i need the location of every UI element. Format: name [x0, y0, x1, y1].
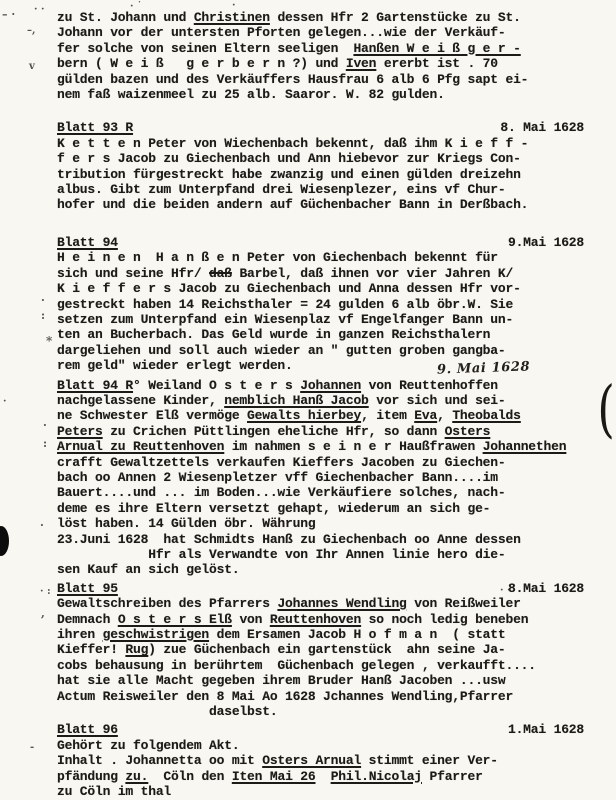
plain-text: Bauert....und ... im Boden...wie Verkäuf…: [57, 485, 505, 500]
plain-text: Actum Reisweiler den 8 Mai Ao 1628 Jchan…: [57, 689, 513, 704]
underlined-text: Peters: [57, 424, 103, 439]
text-line: cobs behausung in berührtem Güchenbach g…: [57, 658, 584, 673]
underlined-text: Reuttenhoven: [270, 612, 361, 627]
handwritten-mark: ·: [232, 0, 235, 11]
blatt-section: zu St. Johann und Christinen dessen Hfr …: [57, 10, 584, 102]
text-line: Peters zu Crichen Püttlingen eheliche Hf…: [57, 424, 584, 439]
handwritten-mark: ·: [43, 419, 47, 432]
handwritten-mark: · ·: [34, 4, 44, 15]
blatt-header: Blatt 949.Mai 1628: [57, 235, 584, 250]
underlined-text: Eva: [414, 408, 437, 423]
plain-text: ne Schwester Elß vermöge: [57, 408, 247, 423]
underlined-text: Iven: [346, 56, 376, 71]
plain-text: Inhalt . Johannetta oo mit: [57, 753, 262, 768]
handwritten-mark: *: [46, 334, 52, 348]
plain-text: von Reuttenhoffen: [361, 378, 498, 393]
text-line: ten an Bucherbach. Das Geld wurde in gan…: [57, 327, 584, 342]
text-line: Demnach O s t e r s Elß von Reuttenhoven…: [57, 612, 584, 627]
blatt-header: Blatt 961.Mai 1628: [57, 722, 584, 737]
text-line: Johann vor der untersten Pforten gelegen…: [57, 25, 584, 40]
plain-text: f e r s Jacob zu Giechenbach und Ann hie…: [57, 151, 521, 166]
blatt-date: 9.Mai 1628: [508, 235, 584, 250]
handwritten-mark: –,: [27, 25, 35, 36]
plain-text: zu Cöln im thal: [57, 784, 171, 799]
blatt-title: Blatt 93 R: [57, 120, 133, 135]
handwritten-mark: v: [29, 61, 35, 72]
underlined-text: Arnual zu Reuttenhoven: [57, 439, 224, 454]
text-line: zu Cöln im thal: [57, 784, 584, 799]
plain-text: [315, 769, 330, 784]
plain-text: bach oo Annen 2 Wiesenpletzer vff Gieche…: [57, 470, 498, 485]
underlined-text: Phil.Nicolaj: [331, 769, 422, 784]
blatt-date: 8. Mai 1628: [500, 120, 584, 135]
underlined-text: Theobalds: [452, 408, 520, 423]
text-line: f e r s Jacob zu Giechenbach und Ann hie…: [57, 151, 584, 166]
text-line: nachgelassene Kinder, nemblich Hanß Jaco…: [57, 393, 584, 408]
plain-text: setzen zum Unterpfand ein Wiesenplaz vf …: [57, 312, 513, 327]
plain-text: albus. Gibt zum Unterpfand drei Wiesenpl…: [57, 182, 505, 197]
plain-text: im nahmen s e i n e r Haußfrawen: [224, 439, 482, 454]
underlined-text: Hanßen W e i ß g e r -: [353, 41, 520, 56]
text-line: 23.Juni 1628 hat Schmidts Hanß zu Gieche…: [57, 532, 584, 547]
handwritten-mark: ·: [40, 519, 44, 532]
blatt-title: Blatt 94: [57, 235, 118, 250]
underlined-text: Johannen: [300, 378, 361, 393]
text-line: Gewaltschreiben des Pfarrers Johannes We…: [57, 596, 584, 611]
plain-text: ihren: [57, 627, 103, 642]
plain-text: Pfarrer: [422, 769, 483, 784]
text-line: löst haben. 14 Gülden öbr. Währung: [57, 516, 584, 531]
plain-text: ° Weiland O s t e r s: [133, 378, 300, 393]
handwritten-mark: :: [43, 437, 47, 450]
handwritten-mark: ·: [3, 396, 6, 407]
text-line: tribution fürgestreckt habe zwanzig und …: [57, 167, 584, 182]
plain-text: Gewaltschreiben des Pfarrers: [57, 596, 277, 611]
plain-text: nem faß waizenmeel zu 25 alb. Saaror. W.…: [57, 87, 445, 102]
blatt-date: 8.Mai 1628: [508, 581, 584, 596]
plain-text: Demnach: [57, 612, 118, 627]
underlined-text: Iten Mai 26: [232, 769, 316, 784]
scanned-document-page: zu St. Johann und Christinen dessen Hfr …: [0, 0, 616, 800]
hole-punch-blob: [0, 526, 9, 556]
plain-text: so noch ledig beneben: [361, 612, 528, 627]
plain-text: sich und seine Hfr/: [57, 266, 209, 281]
text-line: Arnual zu Reuttenhoven im nahmen s e i n…: [57, 439, 584, 454]
underlined-text: Johannethen: [483, 439, 567, 454]
handwritten-mark: – ·: [2, 8, 15, 21]
underlined-text: Christinen: [194, 10, 270, 25]
underlined-text: Johannes Wendling: [277, 596, 406, 611]
handwritten-mark: · ˙: [130, 1, 142, 12]
text-line: nem faß waizenmeel zu 25 alb. Saaror. W.…: [57, 87, 584, 102]
text-line: fer solche von seinen Eltern seeligen Ha…: [57, 41, 584, 56]
text-line: hat sie alle Macht gegeben ihrem Bruder …: [57, 673, 584, 688]
plain-text: Barbel, daß ihnen vor vier Jahren K/: [232, 266, 513, 281]
text-line: zu St. Johann und Christinen dessen Hfr …: [57, 10, 584, 25]
plain-text: , item: [361, 408, 414, 423]
text-line: bach oo Annen 2 Wiesenpletzer vff Gieche…: [57, 470, 584, 485]
text-line: crafft Gewaltzettels verkaufen Kieffers …: [57, 455, 584, 470]
plain-text: zu Crichen Püttlingen eheliche Hfr, so d…: [103, 424, 445, 439]
handwritten-mark: -: [30, 742, 34, 753]
plain-text: tribution fürgestreckt habe zwanzig und …: [57, 167, 521, 182]
plain-text: gülden bazen und des Verkäuffers Hausfra…: [57, 72, 528, 87]
text-line: ne Schwester Elß vermöge Gewalts hierbey…: [57, 408, 584, 423]
text-line: K e t t e n Peter von Wiechenbach bekenn…: [57, 136, 584, 151]
blatt-section: Blatt 94 R° Weiland O s t e r s Johannen…: [57, 378, 584, 578]
plain-text: crafft Gewaltzettels verkaufen Kieffers …: [57, 455, 505, 470]
text-line: Hfr als Verwandte von Ihr Annen linie he…: [57, 547, 584, 562]
underlined-text: Gewalts hierbey: [247, 408, 361, 423]
underlined-text: Blatt 94 R: [57, 378, 133, 393]
underlined-text: Osters: [445, 424, 491, 439]
underlined-text: zu.: [125, 769, 148, 784]
blatt-section: Blatt 961.Mai 1628Gehört zu folgendem Ak…: [57, 722, 584, 799]
text-line: Actum Reisweiler den 8 Mai Ao 1628 Jchan…: [57, 689, 584, 704]
document-body: zu St. Johann und Christinen dessen Hfr …: [57, 10, 584, 800]
plain-text: bern ( W e i ß g e r b e r n ?) und: [57, 56, 346, 71]
text-line: dargeliehen und soll auch wieder an " gu…: [57, 343, 584, 358]
blatt-section: Blatt 93 R8. Mai 1628K e t t e n Peter v…: [57, 120, 584, 212]
plain-text: 23.Juni 1628 hat Schmidts Hanß zu Gieche…: [57, 532, 521, 547]
plain-text: rem geld" wieder erlegt werden.: [57, 358, 293, 373]
plain-text: K e t t e n Peter von Wiechenbach bekenn…: [57, 136, 528, 151]
plain-text: deme es ihre Eltern versetzt gehapt, wie…: [57, 501, 490, 516]
plain-text: ten an Bucherbach. Das Geld wurde in gan…: [57, 327, 490, 342]
text-line: Inhalt . Johannetta oo mit Osters Arnual…: [57, 753, 584, 768]
underlined-text: Rug: [125, 642, 148, 657]
underlined-text: Osters Arnual: [262, 753, 361, 768]
plain-text: vor sich und sei-: [369, 393, 506, 408]
plain-text: ) zue Güchenbach ein gartenstück ahn sei…: [148, 642, 505, 657]
text-line: bern ( W e i ß g e r b e r n ?) und Iven…: [57, 56, 584, 71]
plain-text: Johann vor der untersten Pforten gelegen…: [57, 25, 505, 40]
underlined-text: nemblich Hanß Jacob: [224, 393, 368, 408]
plain-text: dessen Hfr 2 Gartenstücke zu St.: [270, 10, 521, 25]
blatt-date: 1.Mai 1628: [508, 722, 584, 737]
blatt-header: Blatt 93 R8. Mai 1628: [57, 120, 584, 135]
handwritten-mark: ,: [41, 607, 45, 620]
plain-text: zu St. Johann und: [57, 10, 194, 25]
plain-text: ererbt ist . 70: [376, 56, 498, 71]
text-line: Gehört zu folgendem Akt.: [57, 738, 584, 753]
blatt-section: Blatt 949.Mai 1628H e i n e n H a n ß e …: [57, 235, 584, 374]
text-line: gestreckt haben 14 Reichsthaler = 24 gul…: [57, 297, 584, 312]
text-line: setzen zum Unterpfand ein Wiesenplaz vf …: [57, 312, 584, 327]
plain-text: fer solche von seinen Eltern seeligen: [57, 41, 353, 56]
text-line: Blatt 94 R° Weiland O s t e r s Johannen…: [57, 378, 584, 393]
plain-text: löst haben. 14 Gülden öbr. Währung: [57, 516, 315, 531]
plain-text: von Reißweiler: [407, 596, 521, 611]
text-line: albus. Gibt zum Unterpfand drei Wiesenpl…: [57, 182, 584, 197]
text-line: daselbst.: [57, 704, 584, 719]
plain-text: ,: [437, 408, 452, 423]
handwritten-mark: :: [41, 309, 45, 322]
text-line: pfändung zu. Cöln den Iten Mai 26 Phil.N…: [57, 769, 584, 784]
handwritten-paren-mark: (: [597, 378, 614, 440]
plain-text: K i e f f e r s Jacob zu Giechenbach und…: [57, 281, 521, 296]
plain-text: von: [232, 612, 270, 627]
plain-text: Kieffer!: [57, 642, 125, 657]
handwritten-mark: · :: [40, 586, 51, 597]
plain-text: pfändung: [57, 769, 125, 784]
plain-text: hofer und die beiden andern auf Güchenba…: [57, 197, 528, 212]
text-line: deme es ihre Eltern versetzt gehapt, wie…: [57, 501, 584, 516]
text-line: sich und seine Hfr/ daß Barbel, daß ihne…: [57, 266, 584, 281]
plain-text: dargeliehen und soll auch wieder an " gu…: [57, 343, 505, 358]
plain-text: cobs behausung in berührtem Güchenbach g…: [57, 658, 536, 673]
handwritten-mark: ·: [41, 294, 45, 307]
text-line: ihren geschwistrigen dem Ersamen Jacob H…: [57, 627, 584, 642]
plain-text: H e i n e n H a n ß e n Peter von Gieche…: [57, 250, 498, 265]
plain-text: stimmt einer Ver-: [361, 753, 498, 768]
plain-text: gestreckt haben 14 Reichsthaler = 24 gul…: [57, 297, 513, 312]
blatt-title: Blatt 96: [57, 722, 118, 737]
plain-text: Cöln den: [148, 769, 232, 784]
text-line: Bauert....und ... im Boden...wie Verkäuf…: [57, 485, 584, 500]
blatt-section: Blatt 958.Mai 1628Gewaltschreiben des Pf…: [57, 581, 584, 720]
text-line: hofer und die beiden andern auf Güchenba…: [57, 197, 584, 212]
plain-text: nachgelassene Kinder,: [57, 393, 224, 408]
text-line: H e i n e n H a n ß e n Peter von Gieche…: [57, 250, 584, 265]
underlined-text: geschwistrigen: [103, 627, 209, 642]
plain-text: daselbst.: [57, 704, 277, 719]
blatt-title: Blatt 95: [57, 581, 118, 596]
struck-text: daß: [209, 266, 232, 281]
plain-text: sen Kauf an sich gelöst.: [57, 562, 239, 577]
text-line: Kieffer! Rug) zue Güchenbach ein gartens…: [57, 642, 584, 657]
underlined-text: O s t e r s Elß: [118, 612, 232, 627]
plain-text: hat sie alle Macht gegeben ihrem Bruder …: [57, 673, 505, 688]
text-line: K i e f f e r s Jacob zu Giechenbach und…: [57, 281, 584, 296]
text-line: gülden bazen und des Verkäuffers Hausfra…: [57, 72, 584, 87]
plain-text: Hfr als Verwandte von Ihr Annen linie he…: [57, 547, 505, 562]
plain-text: Gehört zu folgendem Akt.: [57, 738, 239, 753]
plain-text: dem Ersamen Jacob H o f m a n ( statt: [209, 627, 505, 642]
handwritten-mark: · ·: [500, 585, 510, 596]
text-line: sen Kauf an sich gelöst.: [57, 562, 584, 577]
